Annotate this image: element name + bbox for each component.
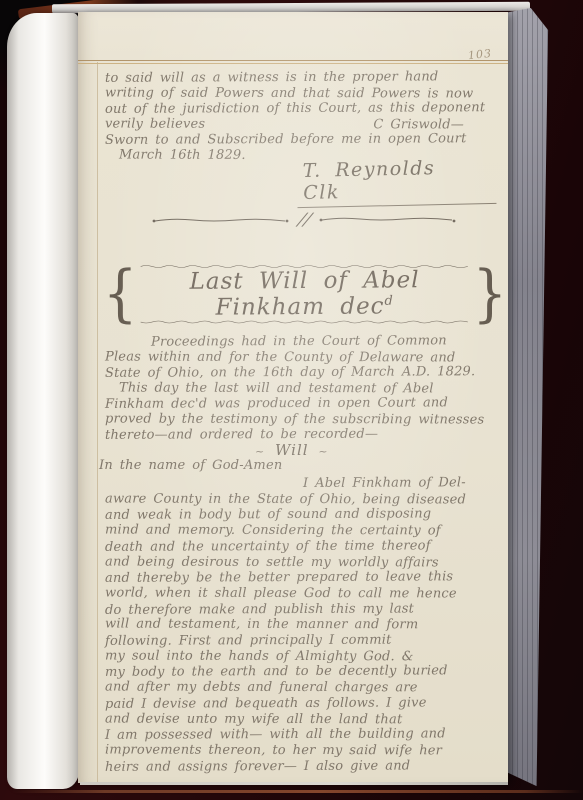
title-inner: Last Will of Abel Finkham decd	[137, 264, 472, 324]
text-line: Pleas within and for the County of Delaw…	[105, 349, 496, 366]
text-line: improvements thereon, to her my said wif…	[105, 742, 496, 759]
section-divider: //	[151, 210, 473, 230]
text-line: Proceedings had in the Court of Common	[105, 333, 496, 350]
witness-signature: C Griswold—	[373, 117, 464, 133]
book-right-page-edges	[502, 8, 550, 794]
invocation-line: In the name of God-Amen	[99, 458, 282, 474]
text-line: proved by the testimony of the subscribi…	[105, 411, 496, 428]
book-bottom-reflection	[0, 790, 583, 793]
divider-flourish-right	[318, 213, 458, 227]
ruled-margin-line	[97, 62, 98, 783]
book-scan: 103 to said will as a witness is in the …	[0, 0, 583, 800]
ledger-page: 103 to said will as a witness is in the …	[78, 12, 508, 783]
page-bottom-edge	[80, 782, 508, 785]
page-holder-strip	[7, 13, 79, 789]
text-line: I Abel Finkham of Del-	[105, 475, 496, 492]
text-line: to said will as a witness is in the prop…	[105, 69, 496, 86]
clerk-signature: T. Reynolds Clk	[297, 156, 497, 208]
will-section-heading: ~ Will ~	[255, 441, 329, 459]
divider-slashes: //	[296, 210, 314, 230]
flourish: ~	[255, 445, 265, 458]
text-line: This day the last will and testament of …	[105, 380, 496, 397]
brace-right: }	[473, 263, 507, 325]
will-title-box: { Last Will of Abel Finkham decd }	[103, 260, 507, 328]
will-title: Last Will of Abel Finkham decd	[139, 267, 471, 321]
text-line: following. First and principally I commi…	[105, 632, 496, 649]
text-line: verily believes C Griswold—	[105, 116, 496, 133]
text-line: will and testament, in the manner and fo…	[105, 617, 496, 634]
text-line: and weak in body but of sound and dispos…	[105, 507, 496, 524]
text-line: Finkham dec'd was produced in open Court…	[105, 395, 496, 412]
text-line: State of Ohio, on the 16th day of March …	[105, 364, 496, 381]
text-line: do therefore make and publish this my la…	[105, 601, 496, 618]
text-line: mind and memory. Considering the certain…	[105, 523, 496, 540]
text-line: I am possessed with— with all the buildi…	[105, 726, 496, 743]
text-line: death and the uncertainty of the time th…	[105, 538, 496, 555]
text-line: and thereby be the better prepared to le…	[105, 569, 496, 586]
text-line: verily believes	[105, 116, 205, 132]
text-line: heirs and assigns forever— I also give a…	[105, 758, 496, 775]
deposition-paragraph: to said will as a witness is in the prop…	[105, 70, 496, 163]
title-superscript: d	[385, 294, 394, 309]
text-line: and devise unto my wife all the land tha…	[105, 711, 496, 728]
divider-flourish-left	[151, 213, 291, 227]
page-content: to said will as a witness is in the prop…	[105, 70, 496, 783]
ruled-header-line	[78, 60, 508, 64]
brace-left: {	[103, 263, 137, 325]
text-line: out of the jurisdiction of this Court, a…	[105, 100, 496, 117]
text-line: my body to the earth and to be decently …	[105, 664, 496, 681]
flourish: ~	[318, 445, 328, 458]
will-body-paragraph: I Abel Finkham of Del- aware County in t…	[105, 476, 496, 774]
text-line: writing of said Powers and that said Pow…	[105, 85, 496, 102]
text-line: paid I devise and bequeath as follows. I…	[105, 695, 496, 712]
text-line: and being desirous to settle my worldly …	[105, 554, 496, 571]
text-line: world, when it shall please God to call …	[105, 585, 496, 602]
text-line: Sworn to and Subscribed before me in ope…	[105, 131, 496, 148]
text-line: and after my debts and funeral charges a…	[105, 680, 496, 697]
proceedings-paragraph: Proceedings had in the Court of Common P…	[105, 334, 496, 443]
